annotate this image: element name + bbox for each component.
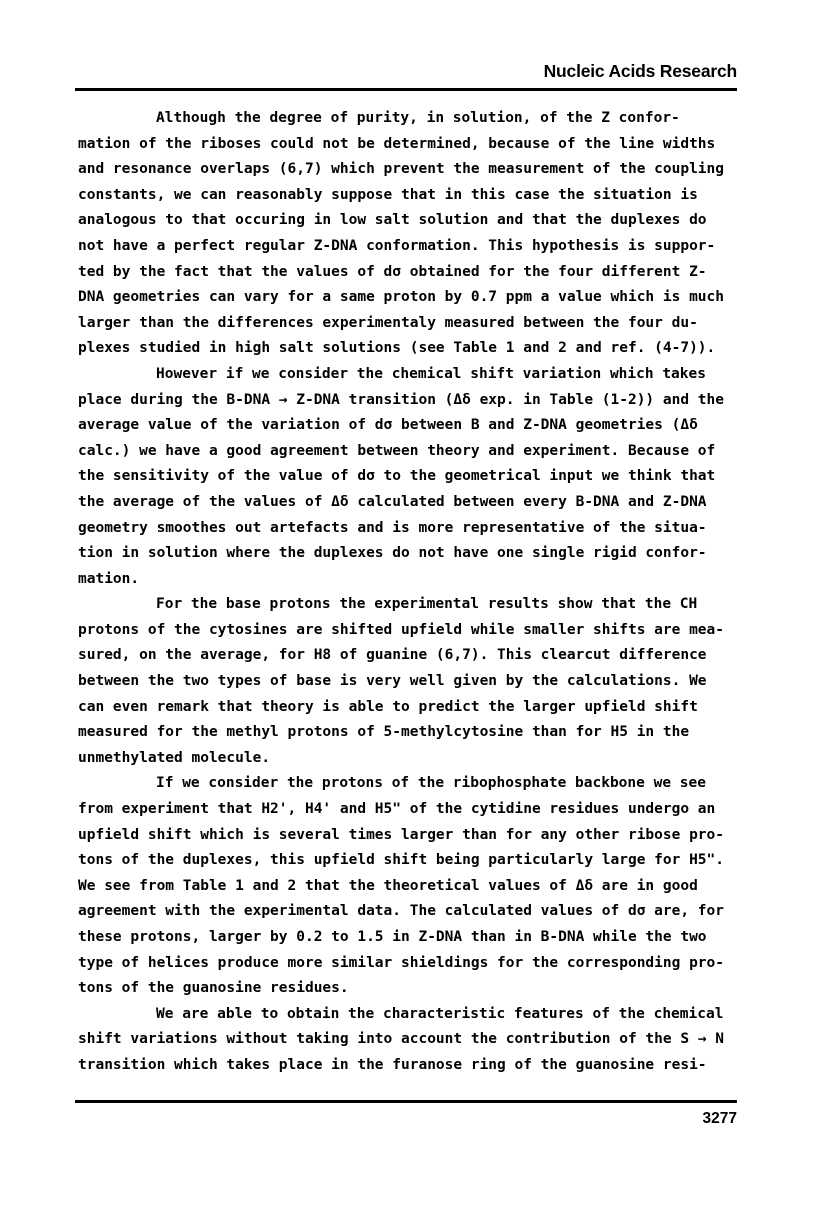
text-line: the average of the values of Δδ calculat… — [78, 490, 748, 516]
text-line: these protons, larger by 0.2 to 1.5 in Z… — [78, 925, 748, 951]
text-line: geometry smoothes out artefacts and is m… — [78, 516, 748, 542]
text-line: transition which takes place in the fura… — [78, 1053, 748, 1079]
text-line: We see from Table 1 and 2 that the theor… — [78, 874, 748, 900]
header-rule — [75, 88, 737, 91]
text-line: We are able to obtain the characteristic… — [78, 1002, 748, 1028]
text-line: measured for the methyl protons of 5-met… — [78, 720, 748, 746]
text-line: place during the B-DNA → Z-DNA transitio… — [78, 388, 748, 414]
text-line: DNA geometries can vary for a same proto… — [78, 285, 748, 311]
text-line: Although the degree of purity, in soluti… — [78, 106, 748, 132]
text-line: mation. — [78, 567, 748, 593]
text-line: mation of the riboses could not be deter… — [78, 132, 748, 158]
article-body: Although the degree of purity, in soluti… — [78, 106, 748, 1079]
page-number: 3277 — [703, 1110, 737, 1128]
text-line: ted by the fact that the values of dσ ob… — [78, 260, 748, 286]
text-line: shift variations without taking into acc… — [78, 1027, 748, 1053]
text-line: constants, we can reasonably suppose tha… — [78, 183, 748, 209]
text-line: agreement with the experimental data. Th… — [78, 899, 748, 925]
text-line: sured, on the average, for H8 of guanine… — [78, 643, 748, 669]
text-line: tons of the duplexes, this upfield shift… — [78, 848, 748, 874]
text-line: If we consider the protons of the riboph… — [78, 771, 748, 797]
text-line: between the two types of base is very we… — [78, 669, 748, 695]
document-page: Nucleic Acids Research Although the degr… — [0, 0, 816, 1207]
footer-rule — [75, 1100, 737, 1103]
text-line: For the base protons the experimental re… — [78, 592, 748, 618]
text-line: from experiment that H2', H4' and H5" of… — [78, 797, 748, 823]
text-line: tons of the guanosine residues. — [78, 976, 748, 1002]
journal-title: Nucleic Acids Research — [544, 61, 737, 82]
text-line: However if we consider the chemical shif… — [78, 362, 748, 388]
text-line: type of helices produce more similar shi… — [78, 951, 748, 977]
text-line: and resonance overlaps (6,7) which preve… — [78, 157, 748, 183]
text-line: the sensitivity of the value of dσ to th… — [78, 464, 748, 490]
text-line: analogous to that occuring in low salt s… — [78, 208, 748, 234]
text-line: average value of the variation of dσ bet… — [78, 413, 748, 439]
text-line: plexes studied in high salt solutions (s… — [78, 336, 748, 362]
text-line: unmethylated molecule. — [78, 746, 748, 772]
text-line: upfield shift which is several times lar… — [78, 823, 748, 849]
text-line: calc.) we have a good agreement between … — [78, 439, 748, 465]
text-line: larger than the differences experimental… — [78, 311, 748, 337]
text-line: not have a perfect regular Z-DNA conform… — [78, 234, 748, 260]
text-line: tion in solution where the duplexes do n… — [78, 541, 748, 567]
text-line: protons of the cytosines are shifted upf… — [78, 618, 748, 644]
text-line: can even remark that theory is able to p… — [78, 695, 748, 721]
